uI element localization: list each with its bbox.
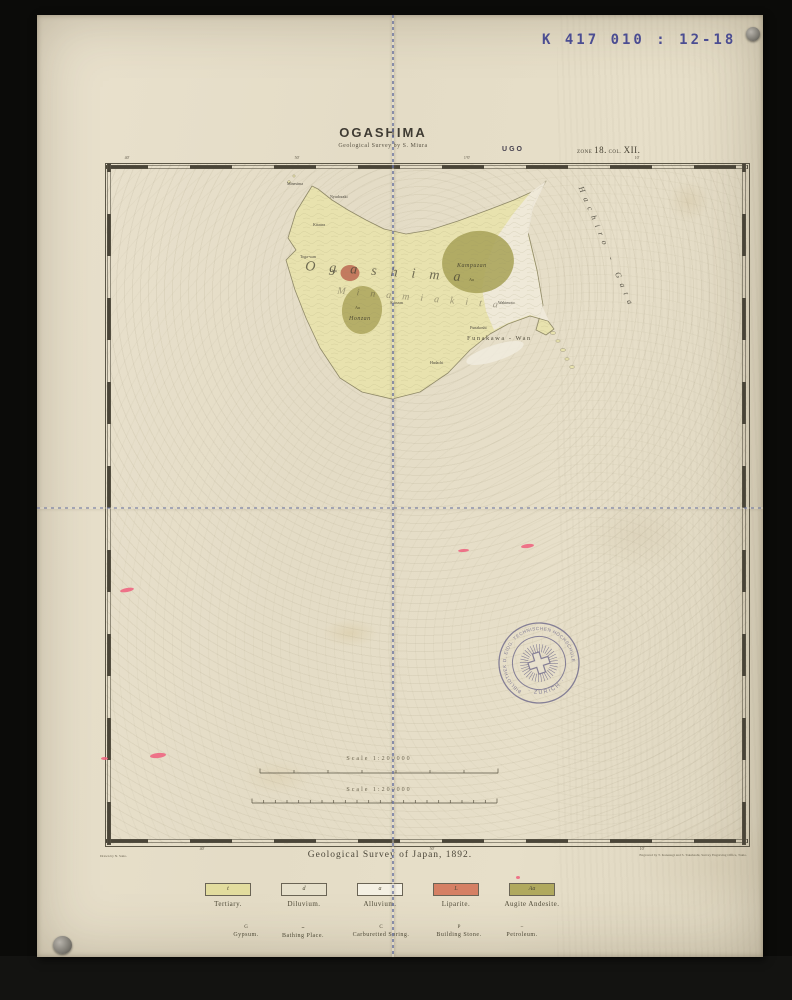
credit-left: Drawn by N. Saito.	[100, 854, 127, 858]
credit-right: Engraved by T. Kanasugi and S. Takahashi…	[517, 853, 747, 857]
legend-label: Petroleum.	[467, 932, 577, 938]
library-stamp: BIBLIOTHEK D. EIDG. TECHNISCHEN HOCHSCHU…	[489, 613, 589, 713]
col-word: COL.	[609, 150, 622, 155]
legend-swatch: Aa	[509, 883, 555, 896]
frame-tick: 1°0'	[452, 155, 482, 160]
grommet-bottom-left	[53, 936, 72, 954]
place-label: Hadachi	[430, 360, 443, 365]
petroleum-symbol: ~	[467, 925, 577, 930]
zone-number: 18.	[594, 145, 607, 155]
map-title: OGASHIMA	[303, 125, 463, 140]
scale-bars	[217, 753, 537, 823]
zone-word: ZONE	[577, 150, 592, 155]
publisher-caption: Geological Survey of Japan, 1892.	[230, 850, 550, 860]
frame-tick: 10'	[622, 155, 652, 160]
legend-swatch: t	[205, 883, 251, 896]
frame-tick: 40'	[112, 155, 142, 160]
zone-col-label: ZONE 18. COL. XII.	[577, 145, 707, 155]
unit-letter: Aa	[469, 277, 474, 282]
grommet-top-right	[746, 27, 760, 41]
pink-mark	[101, 757, 108, 760]
legend-swatch: a	[357, 883, 403, 896]
place-label: Kitaura	[313, 222, 325, 227]
legend-item-augite-andesite: Aa Augite Andesite.	[487, 883, 577, 908]
place-label: Minesima	[287, 181, 303, 186]
volcano-label-sw: Honzan	[349, 316, 371, 322]
place-label: Wakimoto	[498, 300, 515, 305]
island-contour-texture	[286, 181, 554, 399]
volcano-label-ne: Kampuzan	[457, 263, 487, 269]
province-label: UGO	[483, 146, 543, 153]
place-label: Toga-wan	[300, 254, 316, 259]
legend-swatch: d	[281, 883, 327, 896]
map-subtitle: Geological Survey by S. Miura	[303, 143, 463, 149]
legend-label: Augite Andesite.	[487, 900, 577, 908]
swiss-cross-icon	[526, 650, 552, 676]
map-sheet: K 417 010 : 12-18 OGASHIMA Geological Su…	[37, 15, 763, 957]
title-block: OGASHIMA Geological Survey by S. Miura	[303, 125, 463, 149]
shelfmark-stamp: K 417 010 : 12-18	[542, 32, 772, 48]
bay-label: Funakawa - Wan	[467, 335, 532, 342]
place-label: Funakoshi	[470, 325, 487, 330]
frame-tick: 50'	[282, 155, 312, 160]
frame-tick: 10'	[627, 846, 657, 851]
horizontal-fold-line	[37, 507, 763, 509]
legend-swatch: L	[433, 883, 479, 896]
vertical-fold-line	[392, 15, 394, 957]
place-label: Nyudozaki	[330, 194, 348, 199]
island-map	[105, 163, 748, 845]
legend-item-petroleum: ~ Petroleum.	[467, 925, 577, 938]
pink-mark	[516, 876, 520, 879]
place-label: Oga	[330, 268, 337, 273]
scan-background	[0, 956, 792, 1000]
unit-letter: Aa	[355, 305, 360, 310]
col-number: XII.	[624, 145, 641, 155]
frame-tick: 40'	[187, 846, 217, 851]
